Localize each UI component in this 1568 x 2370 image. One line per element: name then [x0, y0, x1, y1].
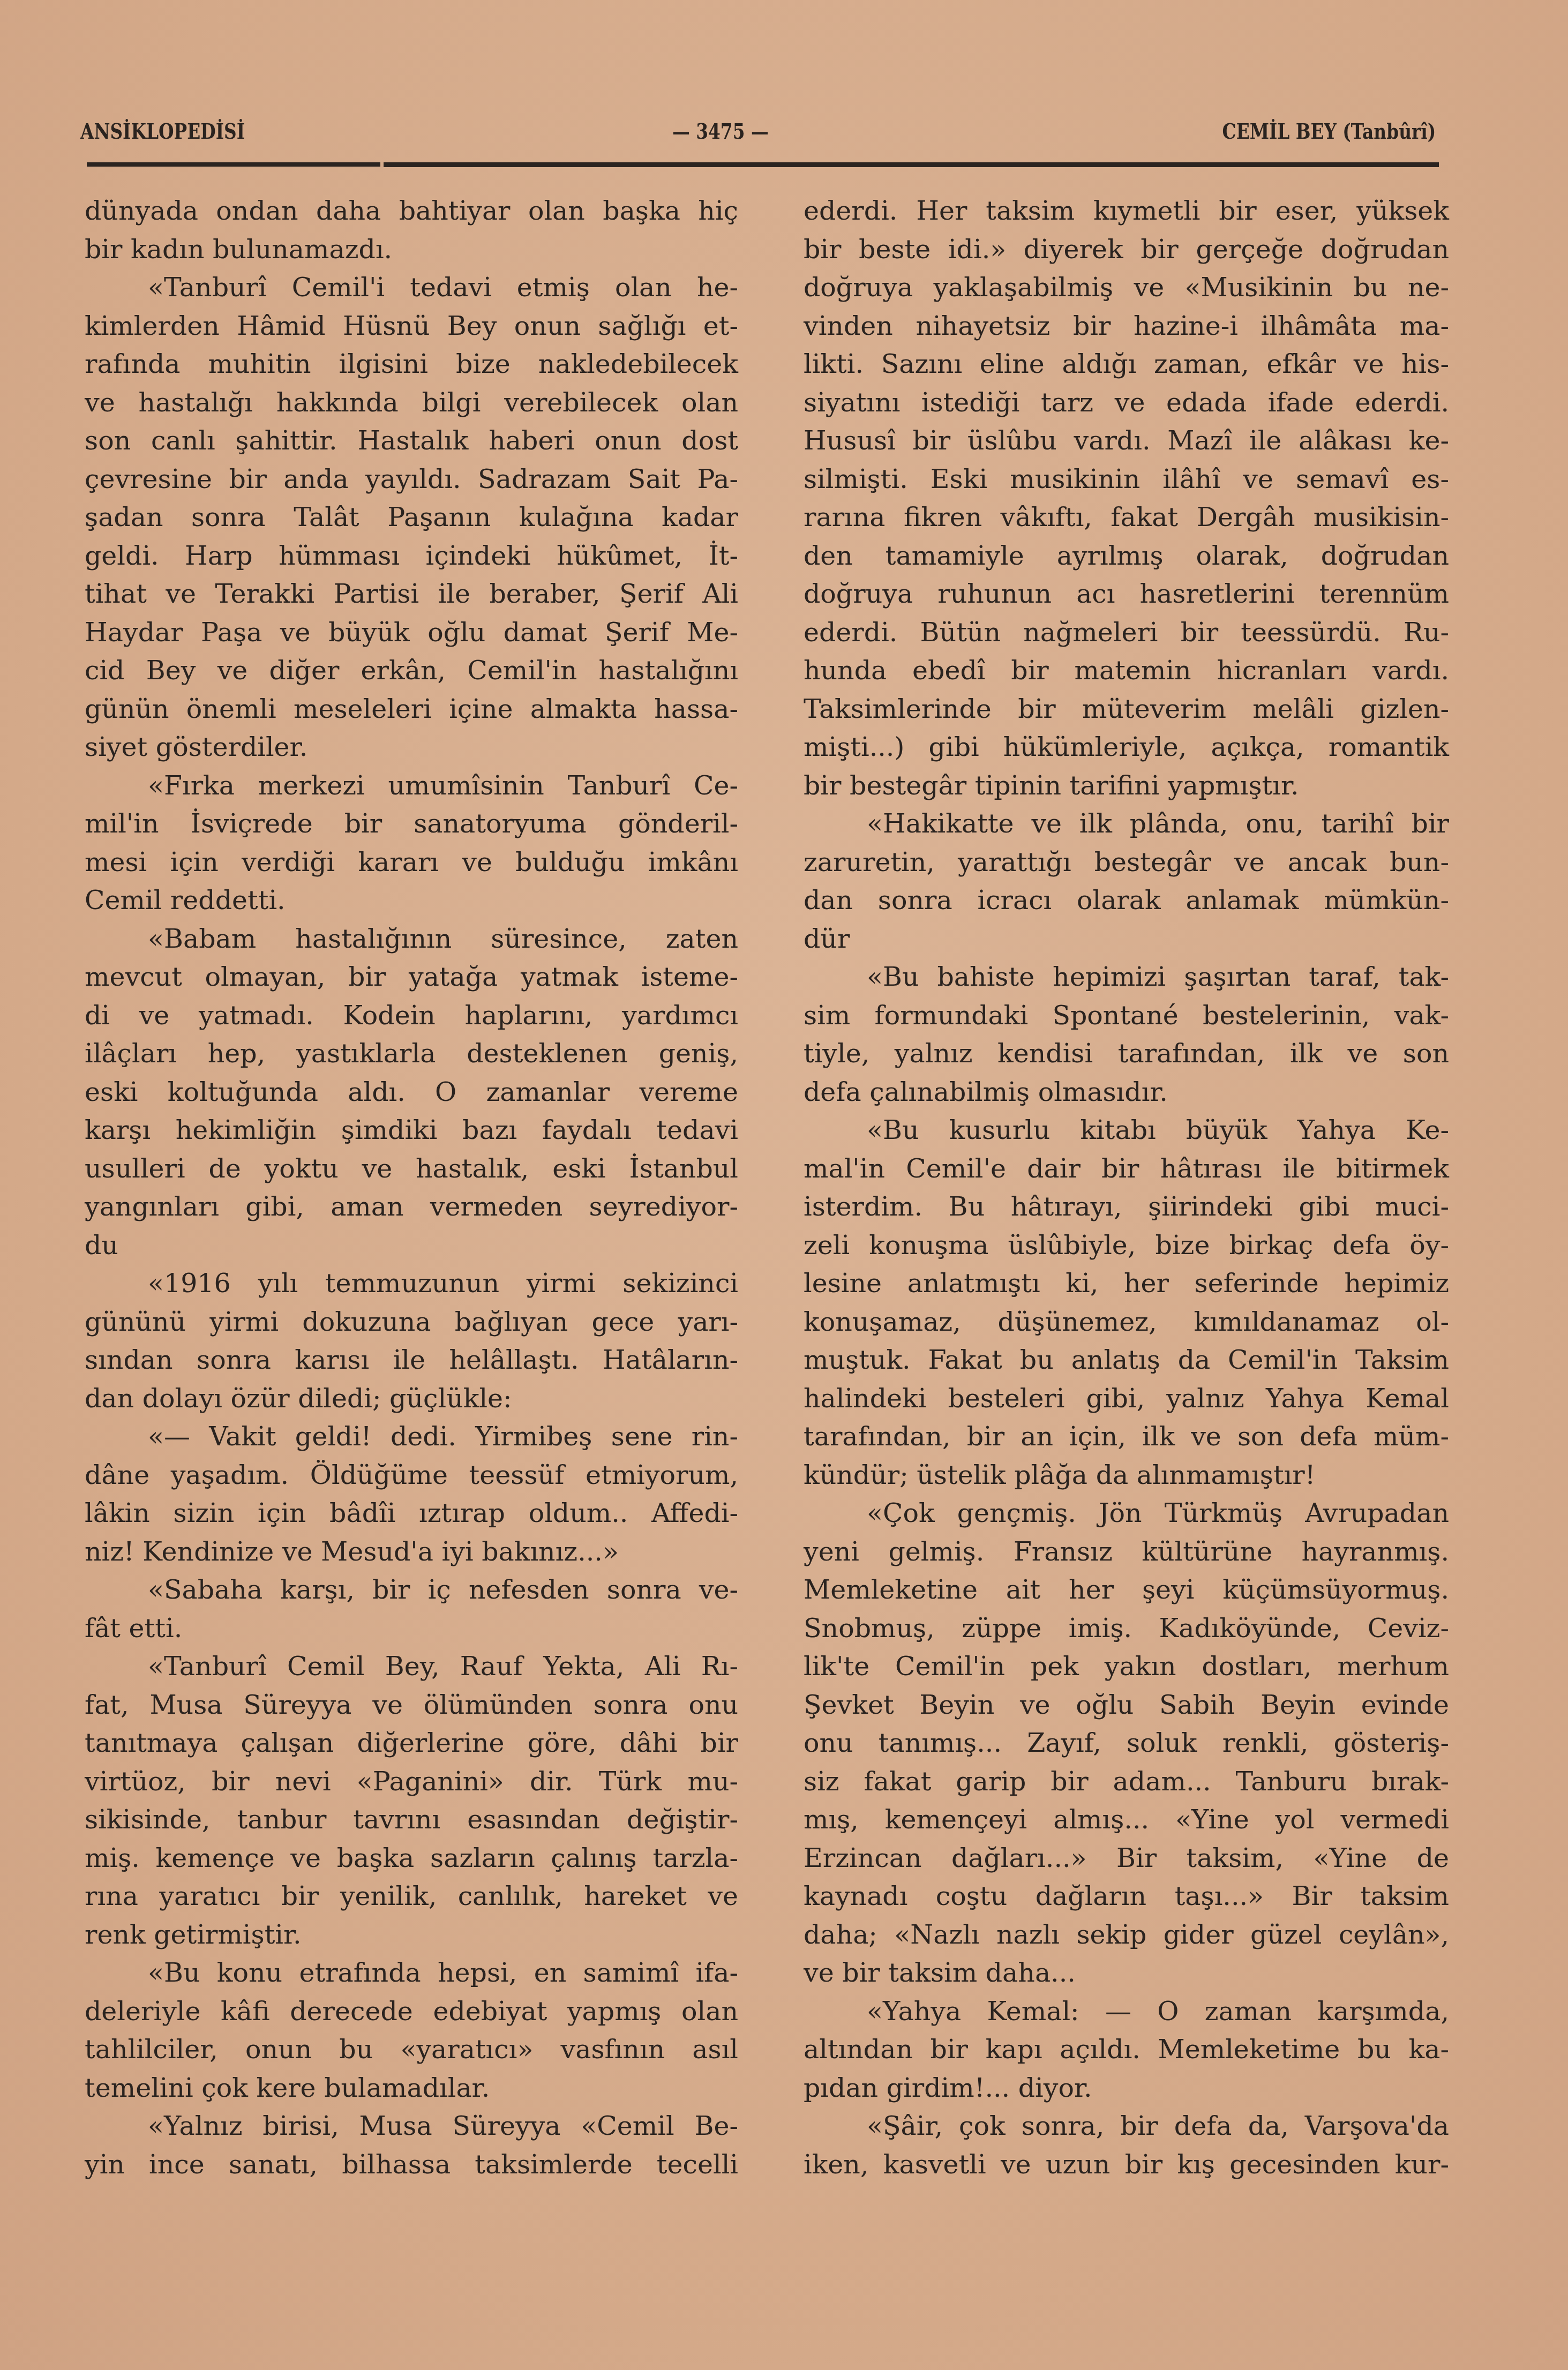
text-line: «Fırka merkezi umumîsinin Tanburî Ce- [85, 767, 738, 805]
text-line: fât etti. [85, 1609, 738, 1648]
text-line: Hususî bir üslûbu vardı. Mazî ile alâkas… [804, 422, 1449, 460]
text-line-content: «Tanburî Cemil Bey, Rauf Yekta, Ali Rı- [85, 1647, 738, 1686]
text-line-content: Erzincan dağları...» Bir taksim, «Yine d… [804, 1839, 1449, 1878]
text-line: «Hakikatte ve ilk plânda, onu, tarihî bi… [804, 805, 1449, 843]
text-line: çevresine bir anda yayıldı. Sadrazam Sai… [85, 460, 738, 499]
text-line: pıdan girdim!... diyor. [804, 2069, 1449, 2107]
text-line-content: miş. kemençe ve başka sazların çalınış t… [85, 1839, 738, 1878]
text-line: siyet gösterdiler. [85, 728, 738, 767]
text-line-content: tihat ve Terakki Partisi ile beraber, Şe… [85, 575, 738, 613]
text-line: usulleri de yoktu ve hastalık, eski İsta… [85, 1150, 738, 1188]
text-line-content: «Bu konu etrafında hepsi, en samimî ifa- [85, 1954, 738, 1992]
running-header: ANSİKLOPEDİSİ — 3475 — CEMİL BEY (Tanbûr… [80, 119, 1436, 151]
text-line: siz fakat garip bir adam... Tanburu bıra… [804, 1762, 1449, 1801]
text-line-content: yin ince sanatı, bilhassa taksimlerde te… [85, 2146, 738, 2184]
text-line-content: muştuk. Fakat bu anlatış da Cemil'in Tak… [804, 1341, 1449, 1379]
text-line-content: Haydar Paşa ve büyük oğlu damat Şerif Me… [85, 613, 738, 652]
text-line-content: bir beste idi.» diyerek bir gerçeğe doğr… [804, 230, 1449, 269]
text-line: du [85, 1226, 738, 1265]
text-line: mevcut olmayan, bir yatağa yatmak isteme… [85, 958, 738, 996]
text-line: lâkin sizin için bâdîi ıztırap oldum.. A… [85, 1494, 738, 1533]
text-line: tanıtmaya çalışan diğerlerine göre, dâhi… [85, 1724, 738, 1762]
text-line: son canlı şahittir. Hastalık haberi onun… [85, 422, 738, 460]
text-line-content: «Sabaha karşı, bir iç nefesden sonra ve- [85, 1571, 738, 1609]
text-line-content: mesi için verdiği kararı ve bulduğu imkâ… [85, 843, 738, 882]
text-line: Cemil reddetti. [85, 881, 738, 920]
text-line-content: geldi. Harp hümması içindeki hükûmet, İt… [85, 537, 738, 575]
text-line: fat, Musa Süreyya ve ölümünden sonra onu [85, 1686, 738, 1724]
text-line: ve bir taksim daha... [804, 1954, 1449, 1992]
text-line: karşı hekimliğin şimdiki bazı faydalı te… [85, 1111, 738, 1150]
text-line-content: sından sonra karısı ile helâllaştı. Hatâ… [85, 1341, 738, 1379]
text-line: Taksimlerinde bir müteverim melâli gizle… [804, 690, 1449, 729]
text-line-content: dünyada ondan daha bahtiyar olan başka h… [85, 192, 738, 230]
text-line: «1916 yılı temmuzunun yirmi sekizinci [85, 1264, 738, 1303]
text-line: sikisinde, tanbur tavrını esasından deği… [85, 1801, 738, 1839]
text-line-content: doğruya yaklaşabilmiş ve «Musikinin bu n… [804, 268, 1449, 307]
text-line: onu tanımış... Zayıf, soluk renkli, göst… [804, 1724, 1449, 1762]
text-line: altından bir kapı açıldı. Memleketime bu… [804, 2030, 1449, 2069]
text-line-content: Şevket Beyin ve oğlu Sabih Beyin evinde [804, 1686, 1449, 1724]
text-line: mişti...) gibi hükümleriyle, açıkça, rom… [804, 728, 1449, 767]
text-line: «Tanburî Cemil Bey, Rauf Yekta, Ali Rı- [85, 1647, 738, 1686]
text-line: silmişti. Eski musikinin ilâhî ve semavî… [804, 460, 1449, 499]
text-line: vinden nihayetsiz bir hazine-i ilhâmâta … [804, 307, 1449, 346]
text-line-content: ve bir taksim daha... [804, 1954, 1449, 1992]
text-line-content: fat, Musa Süreyya ve ölümünden sonra onu [85, 1686, 738, 1724]
text-line: den tamamiyle ayrılmış olarak, doğrudan [804, 537, 1449, 575]
text-line: gününü yirmi dokuzuna bağlıyan gece yarı… [85, 1303, 738, 1341]
text-line: isterdim. Bu hâtırayı, şiirindeki gibi m… [804, 1188, 1449, 1226]
text-line: deleriyle kâfi derecede edebiyat yapmış … [85, 1992, 738, 2031]
text-line: bir beste idi.» diyerek bir gerçeğe doğr… [804, 230, 1449, 269]
text-line-content: lik'te Cemil'in pek yakın dostları, merh… [804, 1647, 1449, 1686]
text-line: yangınları gibi, aman vermeden seyrediyo… [85, 1188, 738, 1226]
text-line: doğruya ruhunun acı hasretlerini terennü… [804, 575, 1449, 613]
text-line-content: di ve yatmadı. Kodein haplarını, yardımc… [85, 996, 738, 1035]
text-line: virtüoz, bir nevi «Paganini» dir. Türk m… [85, 1762, 738, 1801]
text-line: «Bu konu etrafında hepsi, en samimî ifa- [85, 1954, 738, 1992]
text-line: kaynadı coştu dağların taşı...» Bir taks… [804, 1877, 1449, 1916]
text-line: halindeki besteleri gibi, yalnız Yahya K… [804, 1379, 1449, 1418]
text-line: dâne yaşadım. Öldüğüme teessüf etmiyorum… [85, 1456, 738, 1495]
text-line: likti. Sazını eline aldığı zaman, efkâr … [804, 345, 1449, 384]
text-line: bir bestegâr tipinin tarifini yapmıştır. [804, 767, 1449, 805]
text-line: tarafından, bir an için, ilk ve son defa… [804, 1417, 1449, 1456]
text-line-content: mişti...) gibi hükümleriyle, açıkça, rom… [804, 728, 1449, 767]
text-line-content: yeni gelmiş. Fransız kültürüne hayranmış… [804, 1533, 1449, 1571]
page-number: — 3475 — [672, 119, 769, 144]
text-line-content: usulleri de yoktu ve hastalık, eski İsta… [85, 1150, 738, 1188]
text-line-content: defa çalınabilmiş olmasıdır. [804, 1073, 1449, 1112]
header-rule-left [87, 162, 380, 167]
text-line: dan dolayı özür diledi; güçlükle: [85, 1379, 738, 1418]
text-line: bir kadın bulunamazdı. [85, 230, 738, 269]
text-line: kimlerden Hâmid Hüsnü Bey onun sağlığı e… [85, 307, 738, 346]
text-line: sından sonra karısı ile helâllaştı. Hatâ… [85, 1341, 738, 1379]
text-line-content: lesine anlatmıştı ki, her seferinde hepi… [804, 1264, 1449, 1303]
text-line-content: «Tanburî Cemil'i tedavi etmiş olan he- [85, 268, 738, 307]
text-line-content: «Yalnız birisi, Musa Süreyya «Cemil Be- [85, 2107, 738, 2146]
text-line-content: «1916 yılı temmuzunun yirmi sekizinci [85, 1264, 738, 1303]
text-line-content: kaynadı coştu dağların taşı...» Bir taks… [804, 1877, 1449, 1916]
text-line-content: virtüoz, bir nevi «Paganini» dir. Türk m… [85, 1762, 738, 1801]
text-line: mesi için verdiği kararı ve bulduğu imkâ… [85, 843, 738, 882]
text-line: zeli konuşma üslûbiyle, bize birkaç defa… [804, 1226, 1449, 1265]
text-line: «— Vakit geldi! dedi. Yirmibeş sene rin- [85, 1417, 738, 1456]
text-line-content: fât etti. [85, 1609, 738, 1648]
text-line: doğruya yaklaşabilmiş ve «Musikinin bu n… [804, 268, 1449, 307]
text-line: rarına fikren vâkıftı, fakat Dergâh musi… [804, 498, 1449, 537]
text-line: niz! Kendinize ve Mesud'a iyi bakınız...… [85, 1533, 738, 1571]
text-line-content: yangınları gibi, aman vermeden seyrediyo… [85, 1188, 738, 1226]
text-line-content: siyatını istediği tarz ve edada ifade ed… [804, 384, 1449, 422]
text-line: tahlilciler, onun bu «yaratıcı» vasfının… [85, 2030, 738, 2069]
text-line: «Sabaha karşı, bir iç nefesden sonra ve- [85, 1571, 738, 1609]
text-line-content: rına yaratıcı bir yenilik, canlılık, har… [85, 1877, 738, 1916]
text-line-content: zeli konuşma üslûbiyle, bize birkaç defa… [804, 1226, 1449, 1265]
text-line: ederdi. Her taksim kıymetli bir eser, yü… [804, 192, 1449, 230]
text-line-content: dür [804, 920, 1449, 958]
text-line-content: dan sonra icracı olarak anlamak mümkün- [804, 881, 1449, 920]
text-line-content: hunda ebedî bir matemin hicranları vardı… [804, 651, 1449, 690]
text-line-content: Hususî bir üslûbu vardı. Mazî ile alâkas… [804, 422, 1449, 460]
text-line-content: ilâçları hep, yastıklarla desteklenen ge… [85, 1034, 738, 1073]
text-line: «Yalnız birisi, Musa Süreyya «Cemil Be- [85, 2107, 738, 2146]
text-line-content: Snobmuş, züppe imiş. Kadıköyünde, Ceviz- [804, 1609, 1449, 1648]
text-line-content: niz! Kendinize ve Mesud'a iyi bakınız...… [85, 1533, 738, 1571]
text-line-content: doğruya ruhunun acı hasretlerini terennü… [804, 575, 1449, 613]
text-line: renk getirmiştir. [85, 1916, 738, 1954]
text-line: mal'in Cemil'e dair bir hâtırası ile bit… [804, 1150, 1449, 1188]
text-line: daha; «Nazlı nazlı sekip gider güzel cey… [804, 1916, 1449, 1954]
text-line-content: halindeki besteleri gibi, yalnız Yahya K… [804, 1379, 1449, 1418]
text-line: kündür; üstelik plâğa da alınmamıştır! [804, 1456, 1449, 1495]
text-line-content: Memleketine ait her şeyi küçümsüyormuş. [804, 1571, 1449, 1609]
text-line: rafında muhitin ilgisini bize nakledebil… [85, 345, 738, 384]
text-line-content: mevcut olmayan, bir yatağa yatmak isteme… [85, 958, 738, 996]
text-line-content: «Babam hastalığının süresince, zaten [85, 920, 738, 958]
text-line: dür [804, 920, 1449, 958]
text-line-content: siyet gösterdiler. [85, 728, 738, 767]
text-line-content: Taksimlerinde bir müteverim melâli gizle… [804, 690, 1449, 729]
text-line: lik'te Cemil'in pek yakın dostları, merh… [804, 1647, 1449, 1686]
text-line-content: mil'in İsviçrede bir sanatoryuma gönderi… [85, 805, 738, 843]
text-line-content: tanıtmaya çalışan diğerlerine göre, dâhi… [85, 1724, 738, 1762]
text-line-content: «— Vakit geldi! dedi. Yirmibeş sene rin- [85, 1417, 738, 1456]
text-line-content: cid Bey ve diğer erkân, Cemil'in hastalı… [85, 651, 738, 690]
text-line: eski koltuğunda aldı. O zamanlar vereme [85, 1073, 738, 1112]
text-line: Erzincan dağları...» Bir taksim, «Yine d… [804, 1839, 1449, 1878]
text-line: Şevket Beyin ve oğlu Sabih Beyin evinde [804, 1686, 1449, 1724]
text-line: «Yahya Kemal: — O zaman karşımda, [804, 1992, 1449, 2031]
text-line-content: likti. Sazını eline aldığı zaman, efkâr … [804, 345, 1449, 384]
text-line-content: ederdi. Her taksim kıymetli bir eser, yü… [804, 192, 1449, 230]
text-line: dünyada ondan daha bahtiyar olan başka h… [85, 192, 738, 230]
text-line-content: sim formundaki Spontané bestelerinin, va… [804, 996, 1449, 1035]
text-line-content: günün önemli meseleleri içine almakta ha… [85, 690, 738, 729]
text-line: ve hastalığı hakkında bilgi verebilecek … [85, 384, 738, 422]
text-line: şadan sonra Talât Paşanın kulağına kadar [85, 498, 738, 537]
text-line: di ve yatmadı. Kodein haplarını, yardımc… [85, 996, 738, 1035]
text-line-content: şadan sonra Talât Paşanın kulağına kadar [85, 498, 738, 537]
text-line-content: daha; «Nazlı nazlı sekip gider güzel cey… [804, 1916, 1449, 1954]
text-line: tiyle, yalnız kendisi tarafından, ilk ve… [804, 1034, 1449, 1073]
text-line: zaruretin, yarattığı bestegâr ve ancak b… [804, 843, 1449, 882]
text-line-content: «Bu kusurlu kitabı büyük Yahya Ke- [804, 1111, 1449, 1150]
header-rule [384, 162, 1439, 167]
text-line: tihat ve Terakki Partisi ile beraber, Şe… [85, 575, 738, 613]
text-line-content: silmişti. Eski musikinin ilâhî ve semavî… [804, 460, 1449, 499]
text-line-content: du [85, 1226, 738, 1265]
text-line: geldi. Harp hümması içindeki hükûmet, İt… [85, 537, 738, 575]
text-line: günün önemli meseleleri içine almakta ha… [85, 690, 738, 729]
text-line-content: deleriyle kâfi derecede edebiyat yapmış … [85, 1992, 738, 2031]
text-line-content: sikisinde, tanbur tavrını esasından deği… [85, 1801, 738, 1839]
text-line: «Bu kusurlu kitabı büyük Yahya Ke- [804, 1111, 1449, 1150]
text-column-left: dünyada ondan daha bahtiyar olan başka h… [85, 192, 738, 2184]
text-line-content: temelini çok kere bulamadılar. [85, 2069, 738, 2107]
text-line: ederdi. Bütün nağmeleri bir teessürdü. R… [804, 613, 1449, 652]
text-line-content: rafında muhitin ilgisini bize nakledebil… [85, 345, 738, 384]
text-line-content: altından bir kapı açıldı. Memleketime bu… [804, 2030, 1449, 2069]
text-line-content: çevresine bir anda yayıldı. Sadrazam Sai… [85, 460, 738, 499]
text-line: cid Bey ve diğer erkân, Cemil'in hastalı… [85, 651, 738, 690]
text-line: «Çok gençmiş. Jön Türkmüş Avrupadan [804, 1494, 1449, 1533]
text-line: lesine anlatmıştı ki, her seferinde hepi… [804, 1264, 1449, 1303]
text-line: konuşamaz, düşünemez, kımıldanamaz ol- [804, 1303, 1449, 1341]
text-line-content: «Çok gençmiş. Jön Türkmüş Avrupadan [804, 1494, 1449, 1533]
text-line: rına yaratıcı bir yenilik, canlılık, har… [85, 1877, 738, 1916]
text-line-content: den tamamiyle ayrılmış olarak, doğrudan [804, 537, 1449, 575]
text-column-right: ederdi. Her taksim kıymetli bir eser, yü… [804, 192, 1449, 2184]
text-line-content: kimlerden Hâmid Hüsnü Bey onun sağlığı e… [85, 307, 738, 346]
text-line: defa çalınabilmiş olmasıdır. [804, 1073, 1449, 1112]
text-line-content: mal'in Cemil'e dair bir hâtırası ile bit… [804, 1150, 1449, 1188]
text-line: Haydar Paşa ve büyük oğlu damat Şerif Me… [85, 613, 738, 652]
text-line-content: renk getirmiştir. [85, 1916, 738, 1954]
text-line-content: «Hakikatte ve ilk plânda, onu, tarihî bi… [804, 805, 1449, 843]
text-line: «Şâir, çok sonra, bir defa da, Varşova'd… [804, 2107, 1449, 2146]
text-line: «Babam hastalığının süresince, zaten [85, 920, 738, 958]
text-line: ilâçları hep, yastıklarla desteklenen ge… [85, 1034, 738, 1073]
text-line: muştuk. Fakat bu anlatış da Cemil'in Tak… [804, 1341, 1449, 1379]
text-line: Snobmuş, züppe imiş. Kadıköyünde, Ceviz- [804, 1609, 1449, 1648]
text-line-content: rarına fikren vâkıftı, fakat Dergâh musi… [804, 498, 1449, 537]
text-line-content: iken, kasvetli ve uzun bir kış gecesinde… [804, 2146, 1449, 2184]
text-line-content: konuşamaz, düşünemez, kımıldanamaz ol- [804, 1303, 1449, 1341]
text-line-content: Cemil reddetti. [85, 881, 738, 920]
text-line-content: bir kadın bulunamazdı. [85, 230, 738, 269]
text-line-content: dâne yaşadım. Öldüğüme teessüf etmiyorum… [85, 1456, 738, 1495]
text-line-content: ederdi. Bütün nağmeleri bir teessürdü. R… [804, 613, 1449, 652]
text-line: mış, kemençeyi almış... «Yine yol vermed… [804, 1801, 1449, 1839]
text-line-content: vinden nihayetsiz bir hazine-i ilhâmâta … [804, 307, 1449, 346]
text-line-content: tarafından, bir an için, ilk ve son defa… [804, 1417, 1449, 1456]
text-line-content: zaruretin, yarattığı bestegâr ve ancak b… [804, 843, 1449, 882]
text-line-content: isterdim. Bu hâtırayı, şiirindeki gibi m… [804, 1188, 1449, 1226]
text-line: «Tanburî Cemil'i tedavi etmiş olan he- [85, 268, 738, 307]
text-line-content: onu tanımış... Zayıf, soluk renkli, göst… [804, 1724, 1449, 1762]
text-line-content: bir bestegâr tipinin tarifini yapmıştır. [804, 767, 1449, 805]
text-line: sim formundaki Spontané bestelerinin, va… [804, 996, 1449, 1035]
header-publication-title: ANSİKLOPEDİSİ [80, 119, 245, 144]
text-line: hunda ebedî bir matemin hicranları vardı… [804, 651, 1449, 690]
text-line-content: «Şâir, çok sonra, bir defa da, Varşova'd… [804, 2107, 1449, 2146]
text-line: iken, kasvetli ve uzun bir kış gecesinde… [804, 2146, 1449, 2184]
text-line: temelini çok kere bulamadılar. [85, 2069, 738, 2107]
text-line-content: tahlilciler, onun bu «yaratıcı» vasfının… [85, 2030, 738, 2069]
text-line-content: son canlı şahittir. Hastalık haberi onun… [85, 422, 738, 460]
text-line: Memleketine ait her şeyi küçümsüyormuş. [804, 1571, 1449, 1609]
text-line-content: tiyle, yalnız kendisi tarafından, ilk ve… [804, 1034, 1449, 1073]
header-entry-title: CEMİL BEY (Tanbûrî) [1222, 119, 1436, 144]
text-line-content: siz fakat garip bir adam... Tanburu bıra… [804, 1762, 1449, 1801]
text-line-content: pıdan girdim!... diyor. [804, 2069, 1449, 2107]
text-line-content: mış, kemençeyi almış... «Yine yol vermed… [804, 1801, 1449, 1839]
text-line-content: gününü yirmi dokuzuna bağlıyan gece yarı… [85, 1303, 738, 1341]
text-line: «Bu bahiste hepimizi şaşırtan taraf, tak… [804, 958, 1449, 996]
text-line-content: kündür; üstelik plâğa da alınmamıştır! [804, 1456, 1449, 1495]
text-line-content: lâkin sizin için bâdîi ıztırap oldum.. A… [85, 1494, 738, 1533]
text-line-content: dan dolayı özür diledi; güçlükle: [85, 1379, 738, 1418]
text-line: dan sonra icracı olarak anlamak mümkün- [804, 881, 1449, 920]
text-line-content: ve hastalığı hakkında bilgi verebilecek … [85, 384, 738, 422]
text-line: miş. kemençe ve başka sazların çalınış t… [85, 1839, 738, 1878]
text-line-content: karşı hekimliğin şimdiki bazı faydalı te… [85, 1111, 738, 1150]
text-line-content: «Fırka merkezi umumîsinin Tanburî Ce- [85, 767, 738, 805]
text-line-content: «Bu bahiste hepimizi şaşırtan taraf, tak… [804, 958, 1449, 996]
text-line: siyatını istediği tarz ve edada ifade ed… [804, 384, 1449, 422]
text-line: mil'in İsviçrede bir sanatoryuma gönderi… [85, 805, 738, 843]
text-line-content: eski koltuğunda aldı. O zamanlar vereme [85, 1073, 738, 1112]
text-line-content: «Yahya Kemal: — O zaman karşımda, [804, 1992, 1449, 2031]
text-line: yeni gelmiş. Fransız kültürüne hayranmış… [804, 1533, 1449, 1571]
text-line: yin ince sanatı, bilhassa taksimlerde te… [85, 2146, 738, 2184]
